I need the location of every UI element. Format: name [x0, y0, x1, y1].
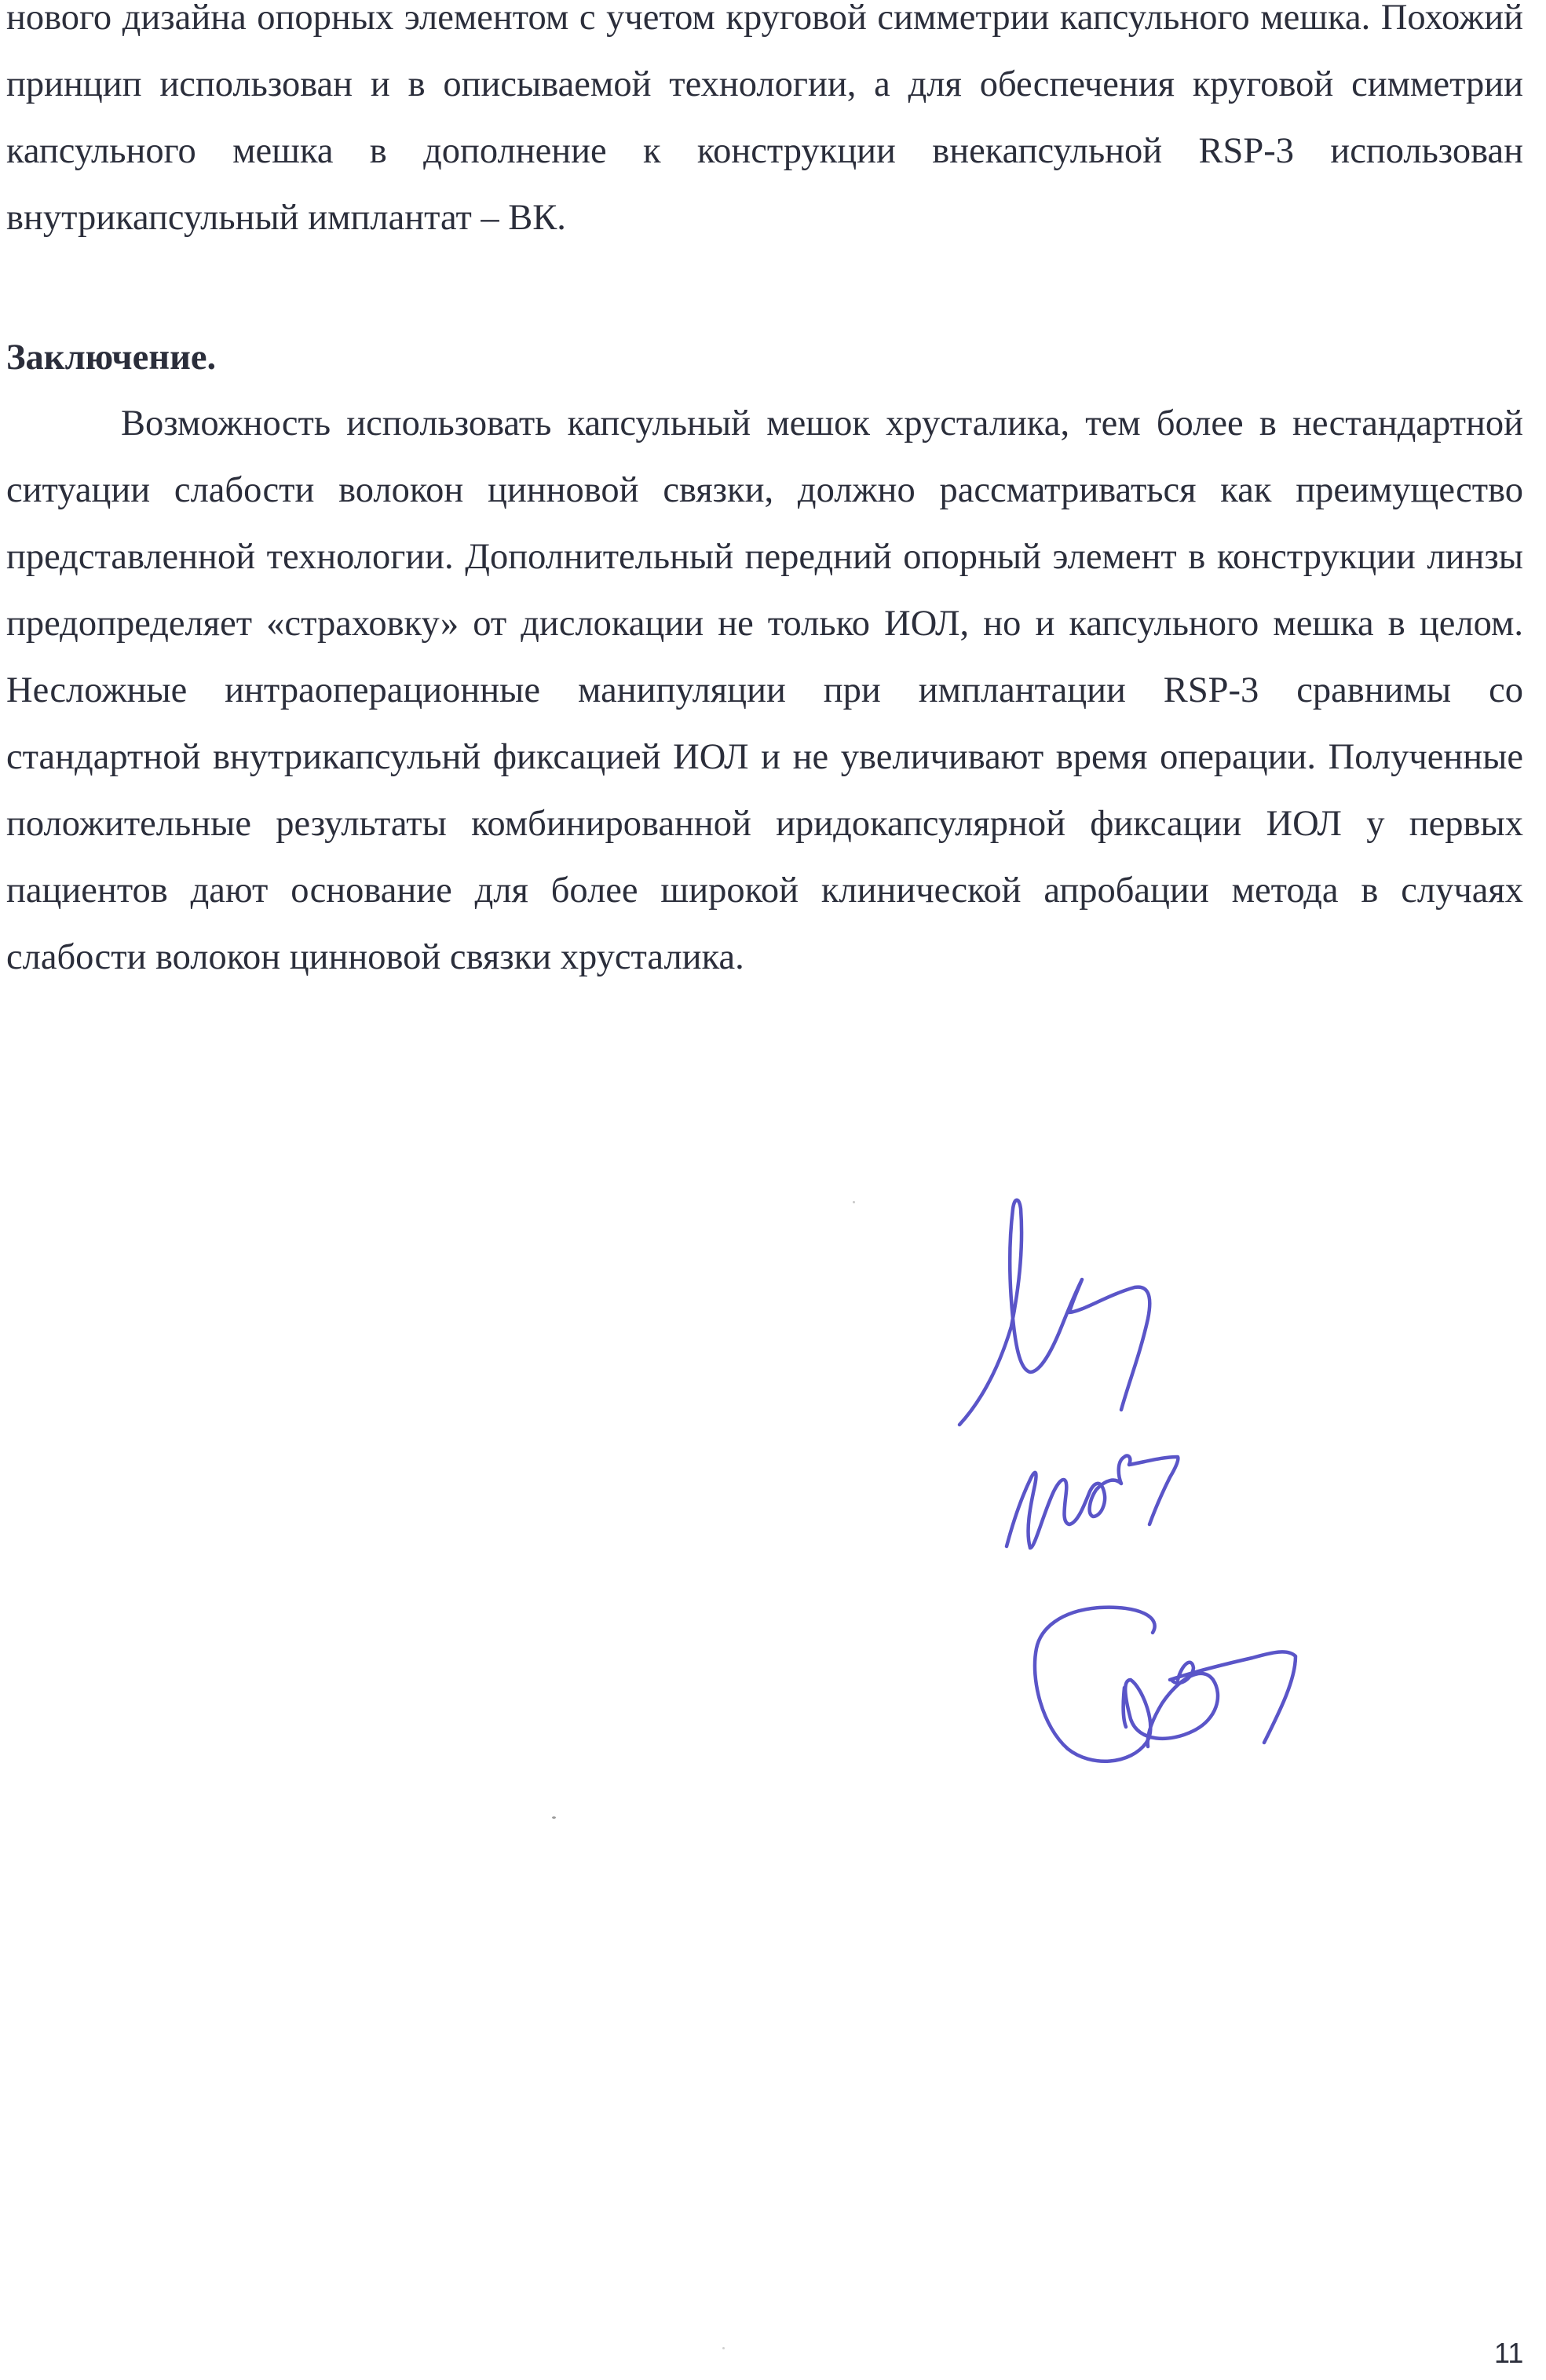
scan-speck — [853, 1201, 855, 1203]
paragraph-continuation: нового дизайна опорных элементом с учето… — [6, 0, 1523, 251]
handwritten-signatures — [942, 1177, 1413, 1805]
document-page: нового дизайна опорных элементом с учето… — [0, 0, 1546, 2380]
section-heading-conclusion: Заключение. — [6, 324, 216, 391]
signature-1-icon — [959, 1200, 1149, 1425]
page-number: 11 — [1494, 2338, 1523, 2369]
scan-speck — [552, 1816, 556, 1819]
paragraph-conclusion: Возможность использовать капсульный мешо… — [6, 390, 1523, 991]
signature-3-icon — [1035, 1608, 1296, 1761]
scan-speck — [722, 2347, 725, 2349]
signature-2-icon — [1007, 1455, 1178, 1548]
